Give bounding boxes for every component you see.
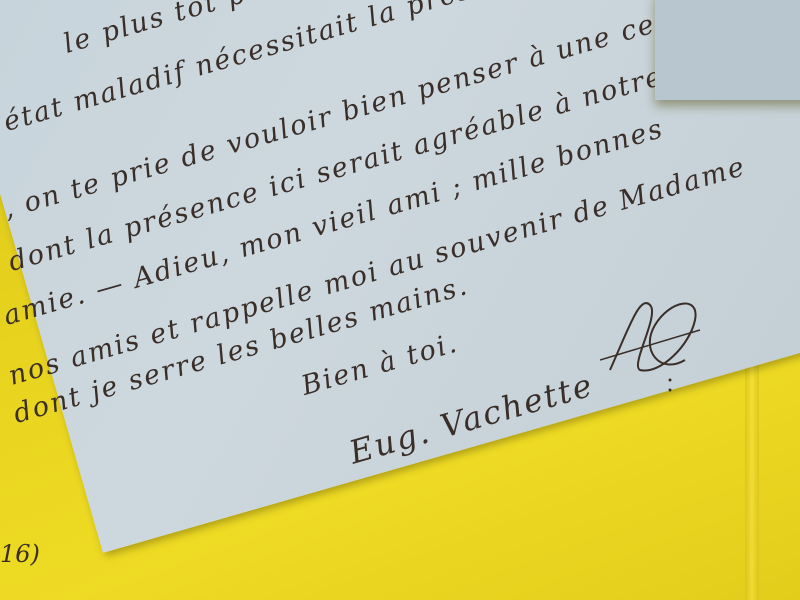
page-number: 16) xyxy=(0,540,40,568)
signature-flourish-icon xyxy=(600,285,710,395)
blue-card-corner xyxy=(655,0,800,100)
